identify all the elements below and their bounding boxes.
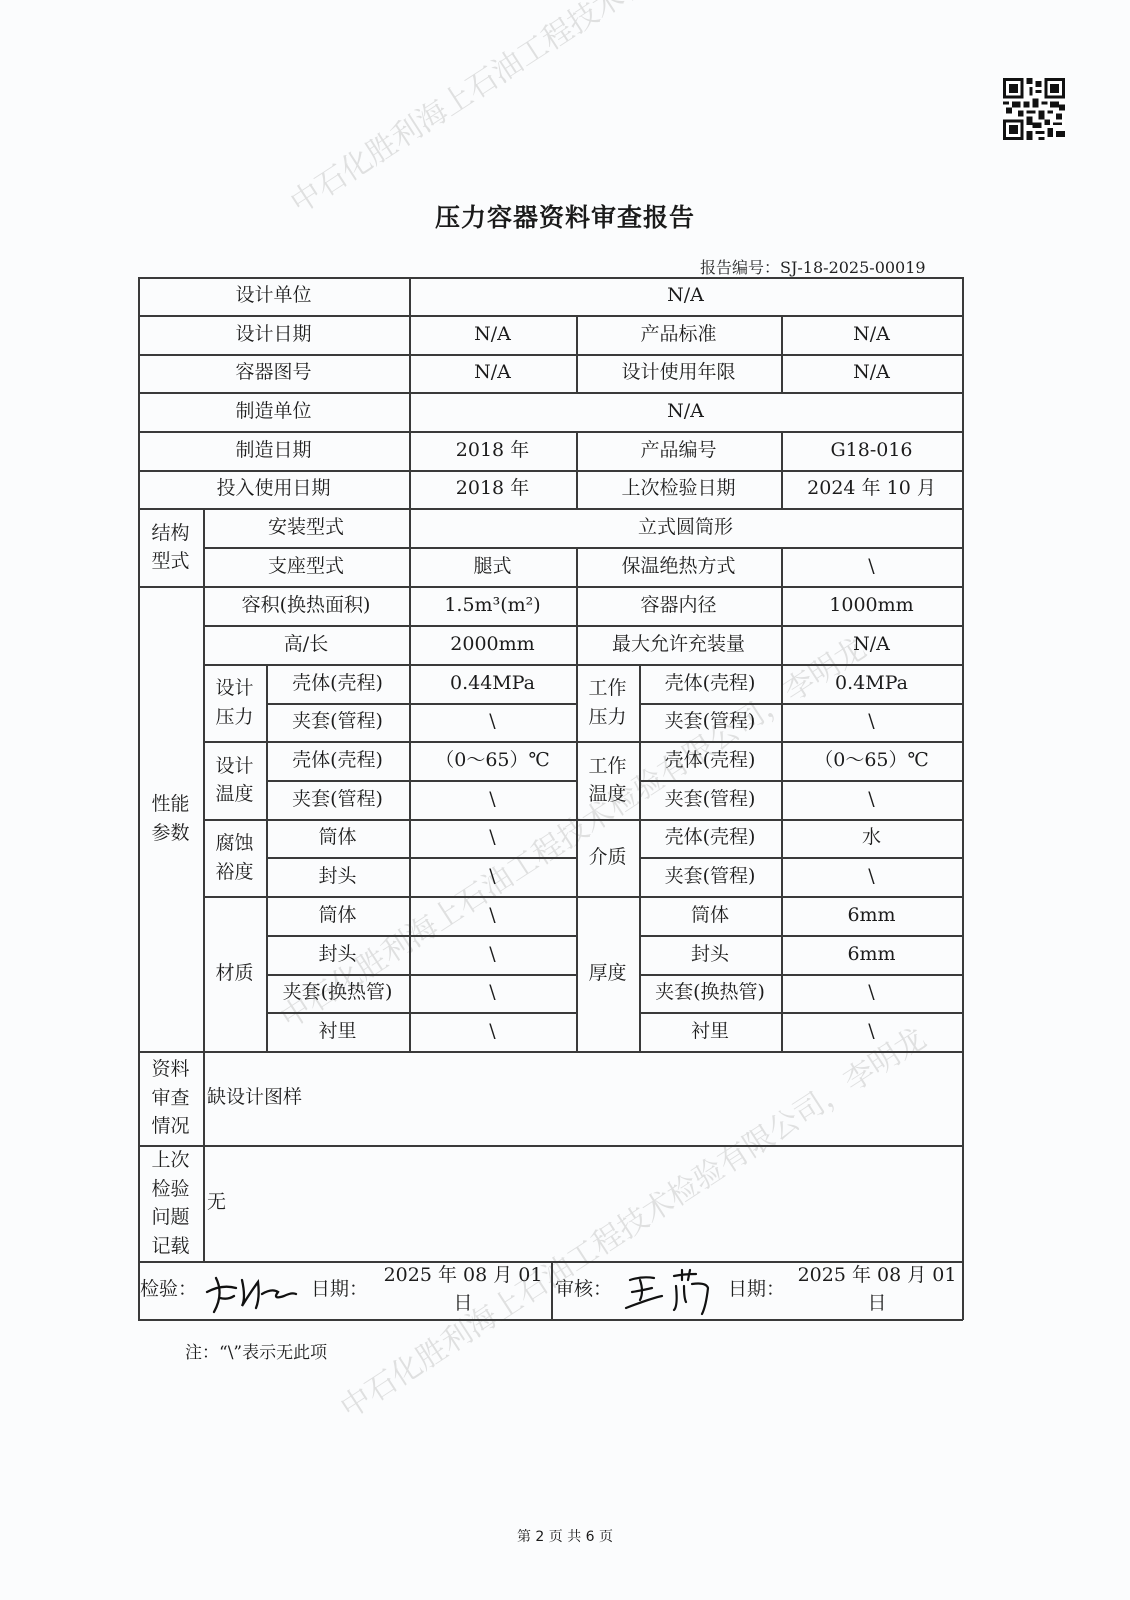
label-support-type: 支座型式 xyxy=(203,547,409,586)
value-wp-shell: 0.4MPa xyxy=(781,664,962,703)
label-product-no: 产品编号 xyxy=(576,431,781,470)
inspector-date-label: 日期： xyxy=(307,1261,377,1319)
value-install-type: 立式圆筒形 xyxy=(409,508,962,547)
label-max-fill: 最大允许充装量 xyxy=(576,625,781,664)
inspector-label: 检验： xyxy=(138,1261,208,1319)
value-mat-shell: \ xyxy=(409,896,576,935)
value-product-no: G18-016 xyxy=(781,431,962,470)
value-manufacturer: N/A xyxy=(409,392,962,431)
value-mat-jacket: \ xyxy=(409,974,576,1012)
value-dt-shell: （0～65）℃ xyxy=(409,741,576,780)
label-working-temperature: 工作温度 xyxy=(576,741,639,819)
label-medium-shell: 壳体(壳程) xyxy=(639,819,781,857)
label-review: 资料审查情况 xyxy=(138,1051,203,1145)
label-install-type: 安装型式 xyxy=(203,508,409,547)
value-wt-jacket: \ xyxy=(781,780,962,819)
label-product-standard: 产品标准 xyxy=(576,315,781,354)
label-thk-head: 封头 xyxy=(639,935,781,974)
label-last-inspection-date: 上次检验日期 xyxy=(576,470,781,508)
value-ca-shell: \ xyxy=(409,819,576,857)
inspector-date: 2025 年 08 月 01 日 xyxy=(378,1261,548,1319)
value-product-standard: N/A xyxy=(781,315,962,354)
label-mat-head: 封头 xyxy=(266,935,409,974)
label-design-unit: 设计单位 xyxy=(138,277,409,315)
label-dp-jacket: 夹套(管程) xyxy=(266,703,409,741)
value-design-date: N/A xyxy=(409,315,576,354)
reviewer-date: 2025 年 08 月 01 日 xyxy=(792,1261,962,1319)
page-number: 第 2 页 共 6 页 xyxy=(0,1526,1130,1546)
value-mat-lining: \ xyxy=(409,1012,576,1051)
label-in-service-date: 投入使用日期 xyxy=(138,470,409,508)
label-ca-head: 封头 xyxy=(266,857,409,896)
value-manufacture-date: 2018 年 xyxy=(409,431,576,470)
value-thk-shell: 6mm xyxy=(781,896,962,935)
value-last-issues: 无 xyxy=(203,1145,962,1261)
reviewer-date-label: 日期： xyxy=(724,1261,794,1319)
value-in-service-date: 2018 年 xyxy=(409,470,576,508)
footnote: 注：“\”表示无此项 xyxy=(185,1338,327,1363)
label-wt-jacket: 夹套(管程) xyxy=(639,780,781,819)
label-inner-diameter: 容器内径 xyxy=(576,586,781,625)
value-insulation: \ xyxy=(781,547,962,586)
label-mat-lining: 衬里 xyxy=(266,1012,409,1051)
value-design-unit: N/A xyxy=(409,277,962,315)
report-number-value: SJ-18-2025-00019 xyxy=(780,258,926,277)
label-wp-shell: 壳体(壳程) xyxy=(639,664,781,703)
label-design-date: 设计日期 xyxy=(138,315,409,354)
label-design-temperature: 设计温度 xyxy=(203,741,266,819)
label-design-pressure: 设计压力 xyxy=(203,664,266,741)
label-dt-jacket: 夹套(管程) xyxy=(266,780,409,819)
value-drawing-no: N/A xyxy=(409,354,576,392)
inspector-signature xyxy=(202,1270,302,1316)
value-medium-shell: 水 xyxy=(781,819,962,857)
value-medium-jacket: \ xyxy=(781,857,962,896)
value-volume: 1.5m³(m²) xyxy=(409,586,576,625)
value-support-type: 腿式 xyxy=(409,547,576,586)
label-performance-group: 性能参数 xyxy=(138,586,203,1051)
qr-code-icon xyxy=(1003,78,1065,140)
label-ca-shell: 筒体 xyxy=(266,819,409,857)
label-thk-shell: 筒体 xyxy=(639,896,781,935)
label-medium: 介质 xyxy=(576,819,639,896)
page-title: 压力容器资料审查报告 xyxy=(0,198,1130,234)
value-dp-shell: 0.44MPa xyxy=(409,664,576,703)
report-number: 报告编号：SJ-18-2025-00019 xyxy=(700,255,926,278)
value-design-life: N/A xyxy=(781,354,962,392)
value-mat-head: \ xyxy=(409,935,576,974)
reviewer-label: 审核： xyxy=(551,1261,621,1319)
label-last-issues: 上次检验问题记载 xyxy=(138,1145,203,1261)
label-dp-shell: 壳体(壳程) xyxy=(266,664,409,703)
label-working-pressure: 工作压力 xyxy=(576,664,639,741)
label-mat-jacket: 夹套(换热管) xyxy=(266,974,409,1012)
label-design-life: 设计使用年限 xyxy=(576,354,781,392)
value-dp-jacket: \ xyxy=(409,703,576,741)
label-wt-shell: 壳体(壳程) xyxy=(639,741,781,780)
value-wp-jacket: \ xyxy=(781,703,962,741)
label-thk-lining: 衬里 xyxy=(639,1012,781,1051)
value-inner-diameter: 1000mm xyxy=(781,586,962,625)
value-dt-jacket: \ xyxy=(409,780,576,819)
label-corrosion-allowance: 腐蚀裕度 xyxy=(203,819,266,896)
value-max-fill: N/A xyxy=(781,625,962,664)
label-manufacturer: 制造单位 xyxy=(138,392,409,431)
label-volume: 容积(换热面积) xyxy=(203,586,409,625)
label-thickness: 厚度 xyxy=(576,896,639,1051)
label-dt-shell: 壳体(壳程) xyxy=(266,741,409,780)
value-last-inspection-date: 2024 年 10 月 xyxy=(781,470,962,508)
label-height-length: 高/长 xyxy=(203,625,409,664)
label-drawing-no: 容器图号 xyxy=(138,354,409,392)
watermark: 中石化胜利海上石油工程技术检验有限公司，李明龙 xyxy=(280,0,883,222)
label-insulation: 保温绝热方式 xyxy=(576,547,781,586)
value-thk-lining: \ xyxy=(781,1012,962,1051)
label-wp-jacket: 夹套(管程) xyxy=(639,703,781,741)
label-material: 材质 xyxy=(203,896,266,1051)
value-review: 缺设计图样 xyxy=(203,1051,962,1145)
reviewer-signature xyxy=(622,1266,722,1318)
value-thk-head: 6mm xyxy=(781,935,962,974)
value-height-length: 2000mm xyxy=(409,625,576,664)
label-thk-jacket: 夹套(换热管) xyxy=(639,974,781,1012)
value-wt-shell: （0～65）℃ xyxy=(781,741,962,780)
report-number-label: 报告编号： xyxy=(700,258,780,277)
label-structure-group: 结构型式 xyxy=(138,508,203,586)
label-medium-jacket: 夹套(管程) xyxy=(639,857,781,896)
table-border xyxy=(962,277,964,1320)
label-manufacture-date: 制造日期 xyxy=(138,431,409,470)
label-mat-shell: 筒体 xyxy=(266,896,409,935)
value-ca-head: \ xyxy=(409,857,576,896)
value-thk-jacket: \ xyxy=(781,974,962,1012)
